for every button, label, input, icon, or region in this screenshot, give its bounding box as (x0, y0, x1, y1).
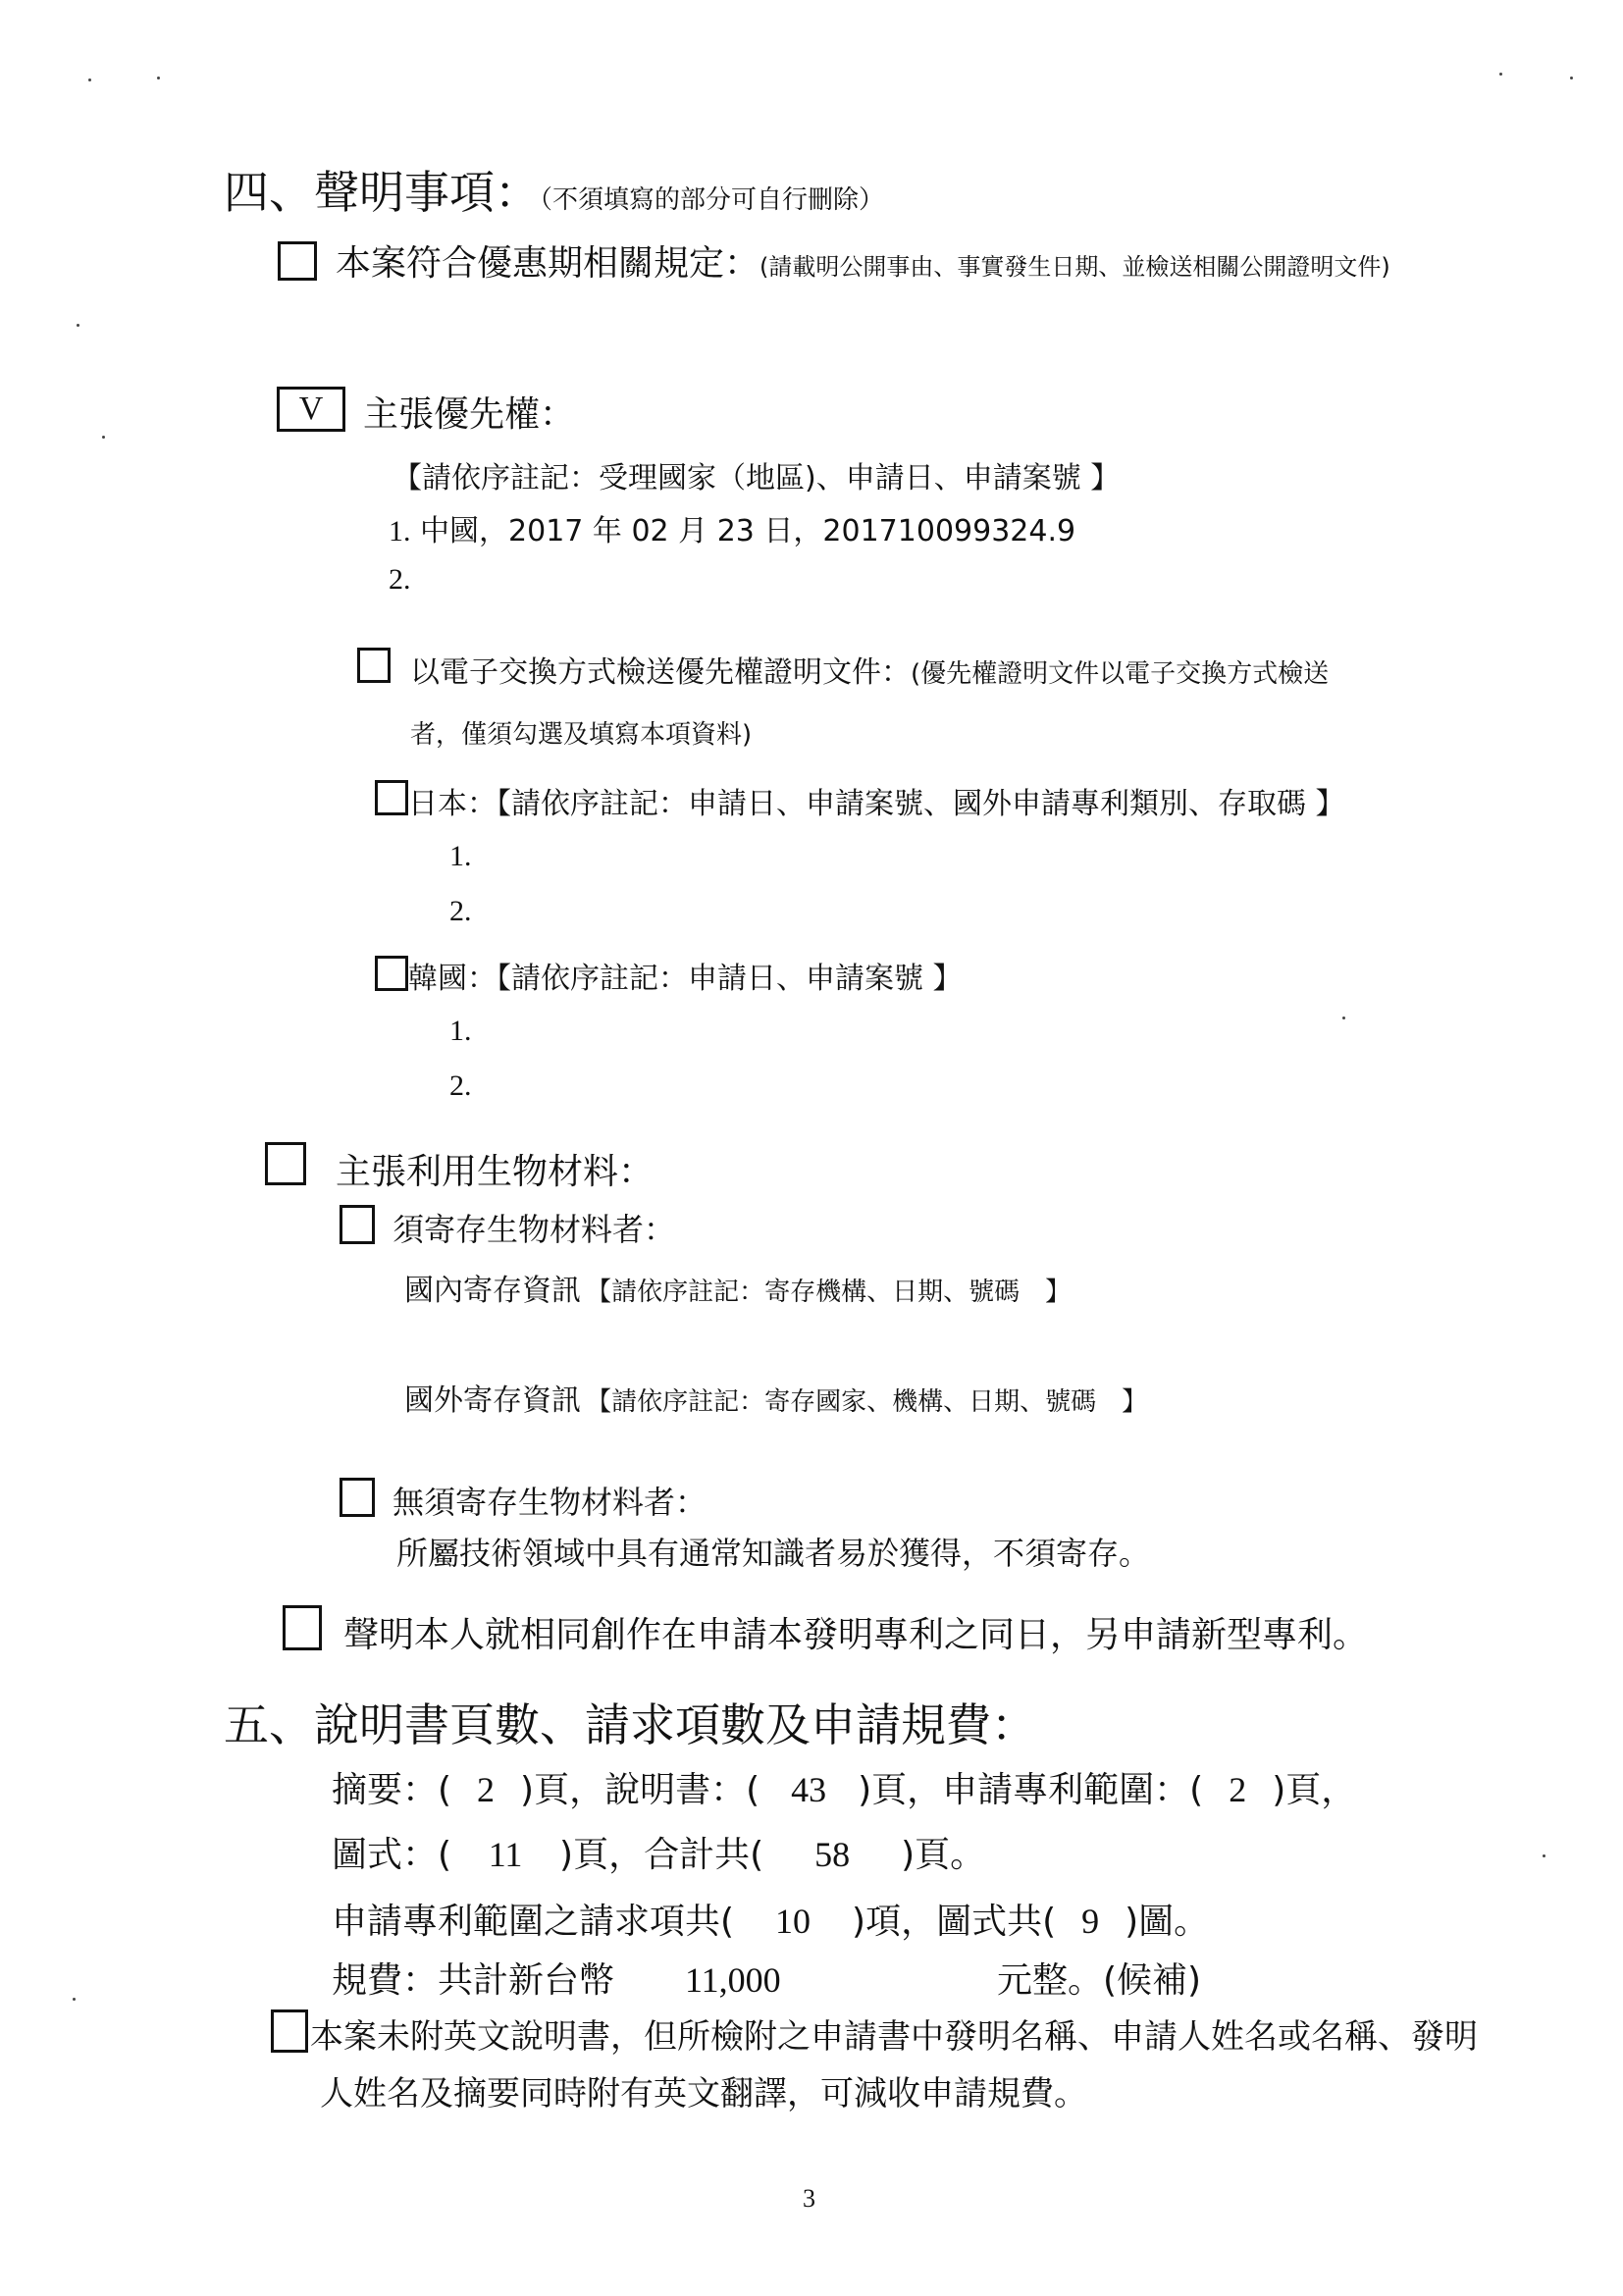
grace-period-checkbox[interactable] (278, 241, 317, 281)
abstract-label: 摘要：( (332, 1770, 451, 1810)
fee-suffix: 元整。(候補) (997, 1960, 1201, 2001)
deposit-not-required-checkbox[interactable] (340, 1478, 375, 1517)
foreign-deposit-label: 國外寄存資訊 (404, 1383, 581, 1418)
total-label: )頁，合計共( (559, 1835, 763, 1875)
section4-heading: 四、聲明事項：（不須填寫的部分可自行刪除） (224, 157, 884, 222)
claim-count-row: 申請專利範圍之請求項共(10)項，圖式共(9)圖。 (332, 1894, 1209, 1944)
abstract-pages-field[interactable]: 2 (451, 1769, 520, 1810)
page-count-row-1: 摘要：(2)頁，說明書：(43)頁，申請專利範圍：(2)頁， (332, 1762, 1356, 1812)
claim-count-label: 申請專利範圍之請求項共( (332, 1902, 734, 1942)
scan-speck (1543, 1854, 1545, 1857)
scan-speck (77, 324, 79, 327)
electronic-exchange-checkbox[interactable] (357, 648, 391, 683)
scan-speck (88, 78, 91, 81)
grace-period-label: 本案符合優惠期相關規定： (336, 243, 759, 284)
deposit-required-checkbox[interactable] (340, 1205, 375, 1244)
english-reduction-line-2: 人姓名及摘要同時附有英文翻譯，可減收申請規費。 (320, 2066, 1087, 2114)
claims-suffix: )頁， (1272, 1770, 1356, 1810)
total-pages-field[interactable]: 58 (763, 1834, 901, 1875)
page-number: 3 (803, 2184, 815, 2214)
same-day-utility-label: 聲明本人就相同創作在申請本發明專利之同日，另申請新型專利。 (343, 1607, 1368, 1657)
scan-speck (1570, 77, 1573, 79)
same-day-utility-checkbox[interactable] (283, 1605, 322, 1650)
korea-label: 韓國：【請依序註記：申請日、申請案號 】 (408, 954, 963, 997)
japan-checkbox[interactable] (375, 780, 408, 815)
claim-count-field[interactable]: 10 (734, 1901, 852, 1942)
priority-item-1: 1. 中國，2017 年 02 月 23 日，201710099324.9 (389, 506, 1075, 549)
section4-title: 四、聲明事項： (224, 166, 540, 219)
deposit-not-required-label: 無須寄存生物材料者： (393, 1478, 707, 1523)
section4-note: （不須填寫的部分可自行刪除） (540, 185, 884, 215)
page-count-row-2: 圖式：(11)頁，合計共(58)頁。 (332, 1827, 985, 1877)
electronic-exchange-note: (優先權證明文件以電子交換方式檢送 (911, 659, 1329, 689)
claims-label: )頁，申請專利範圍：( (858, 1770, 1203, 1810)
scan-speck (157, 77, 160, 79)
foreign-deposit-row: 國外寄存資訊 【請依序註記：寄存國家、機構、日期、號碼 】 (404, 1376, 1147, 1419)
scan-speck (102, 436, 105, 439)
korea-item-1: 1. (449, 1015, 472, 1048)
domestic-deposit-row: 國內寄存資訊 【請依序註記：寄存機構、日期、號碼 】 (404, 1266, 1071, 1309)
scan-speck (73, 1998, 76, 2001)
description-label: )頁，說明書：( (520, 1770, 759, 1810)
checkmark-v-icon: V (299, 391, 324, 428)
figure-suffix: )圖。 (1125, 1902, 1209, 1942)
figure-count-field[interactable]: 9 (1056, 1901, 1125, 1942)
priority-item-2: 2. (389, 563, 411, 597)
priority-checkbox[interactable]: V (277, 387, 345, 432)
item-text: 中國，2017 年 02 月 23 日，201710099324.9 (420, 514, 1075, 548)
section5-title: 五、說明書頁數、請求項數及申請規費： (224, 1690, 1036, 1754)
deposit-not-required-desc: 所屬技術領域中具有通常知識者易於獲得，不須寄存。 (396, 1529, 1150, 1574)
biomaterial-label: 主張利用生物材料： (336, 1144, 654, 1194)
fee-row: 規費：共計新台幣11,000元整。(候補) (332, 1953, 1201, 2003)
total-suffix: )頁。 (901, 1835, 985, 1875)
foreign-deposit-instruction: 【請依序註記：寄存國家、機構、日期、號碼 】 (586, 1387, 1147, 1417)
fee-label: 規費：共計新台幣 (332, 1960, 614, 2001)
japan-item-2: 2. (449, 895, 472, 928)
biomaterial-checkbox[interactable] (265, 1142, 306, 1185)
priority-instruction: 【請依序註記：受理國家（地區)、申請日、申請案號 】 (393, 453, 1120, 496)
electronic-exchange-label: 以電子交換方式檢送優先權證明文件： (410, 655, 911, 690)
electronic-exchange-row: 以電子交換方式檢送優先權證明文件：(優先權證明文件以電子交換方式檢送 (410, 648, 1329, 691)
grace-period-note: (請載明公開事由、事實發生日期、並檢送相關公開證明文件) (759, 253, 1390, 281)
scan-speck (1499, 73, 1502, 76)
drawings-pages-field[interactable]: 11 (451, 1834, 559, 1875)
description-pages-field[interactable]: 43 (759, 1769, 858, 1810)
grace-period-row: 本案符合優惠期相關規定：(請載明公開事由、事實發生日期、並檢送相關公開證明文件) (336, 235, 1390, 286)
priority-label: 主張優先權： (363, 387, 575, 437)
english-reduction-line-1: 本案未附英文說明書，但所檢附之申請書中發明名稱、申請人姓名或名稱、發明 (310, 2009, 1478, 2058)
drawings-label: 圖式：( (332, 1835, 451, 1875)
figure-label: )項，圖式共( (852, 1902, 1056, 1942)
item-number: 1. (389, 515, 411, 548)
japan-item-1: 1. (449, 840, 472, 873)
fee-amount-field[interactable]: 11,000 (614, 1959, 997, 2001)
claims-pages-field[interactable]: 2 (1203, 1769, 1272, 1810)
korea-checkbox[interactable] (375, 956, 408, 991)
electronic-exchange-note-2: 者，僅須勾選及填寫本項資料) (410, 714, 752, 751)
japan-label: 日本：【請依序註記：申請日、申請案號、國外申請專利類別、存取碼 】 (408, 779, 1345, 822)
domestic-deposit-label: 國內寄存資訊 (404, 1274, 581, 1308)
domestic-deposit-instruction: 【請依序註記：寄存機構、日期、號碼 】 (586, 1278, 1071, 1307)
deposit-required-label: 須寄存生物材料者： (393, 1205, 675, 1250)
english-reduction-checkbox[interactable] (271, 2009, 308, 2053)
korea-item-2: 2. (449, 1070, 472, 1103)
scan-speck (1342, 1017, 1345, 1019)
